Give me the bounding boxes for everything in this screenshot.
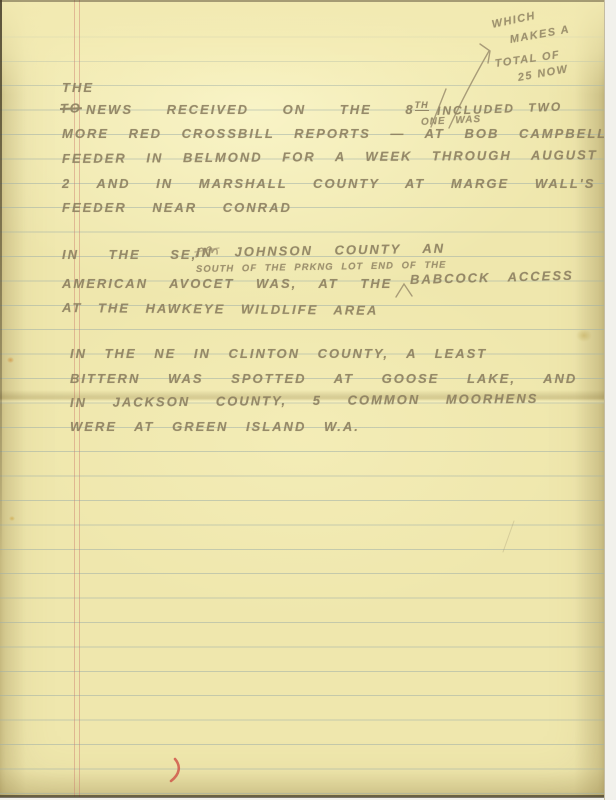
note-line: BITTERN WAS SPOTTED AT GOOSE LAKE, AND [70,371,577,386]
note-line: WERE AT GREEN ISLAND W.A. [70,419,360,434]
crossed-out-word: TO [60,100,82,116]
ordinal-superscript: TH [415,100,429,111]
note-line: AT THE HAWKEYE WILDLIFE AREA [62,300,378,318]
inserted-word-the: THE [62,80,94,95]
note-line: 2 AND IN MARSHALL COUNTY AT MARGE WALL'S [62,176,595,191]
note-line: IN THE NE IN CLINTON COUNTY, A LEAST [70,346,487,361]
note-line: FEEDER NEAR CONRAD [62,200,292,215]
scanned-note-page: WHICH MAKES A TOTAL OF 25 NOW THE TO NEW… [0,0,616,800]
note-line: NEWS RECEIVED ON THE 8TH [86,100,429,117]
scan-edge-left [0,0,2,560]
paper-stain [7,357,14,363]
scan-edge-top [0,0,616,2]
note-line: MORE RED CROSSBILL REPORTS — AT BOB CAMP… [62,126,616,141]
note-line: IN THE SE, [62,247,197,262]
scan-edge-bottom [0,795,604,798]
paper-stain [9,516,15,521]
scan-background-strip [604,0,616,800]
note-line-text: NEWS RECEIVED ON THE 8 [86,102,415,117]
note-line: AMERICAN AVOCET WAS, AT THE [62,276,392,291]
paper-stain [576,329,592,342]
